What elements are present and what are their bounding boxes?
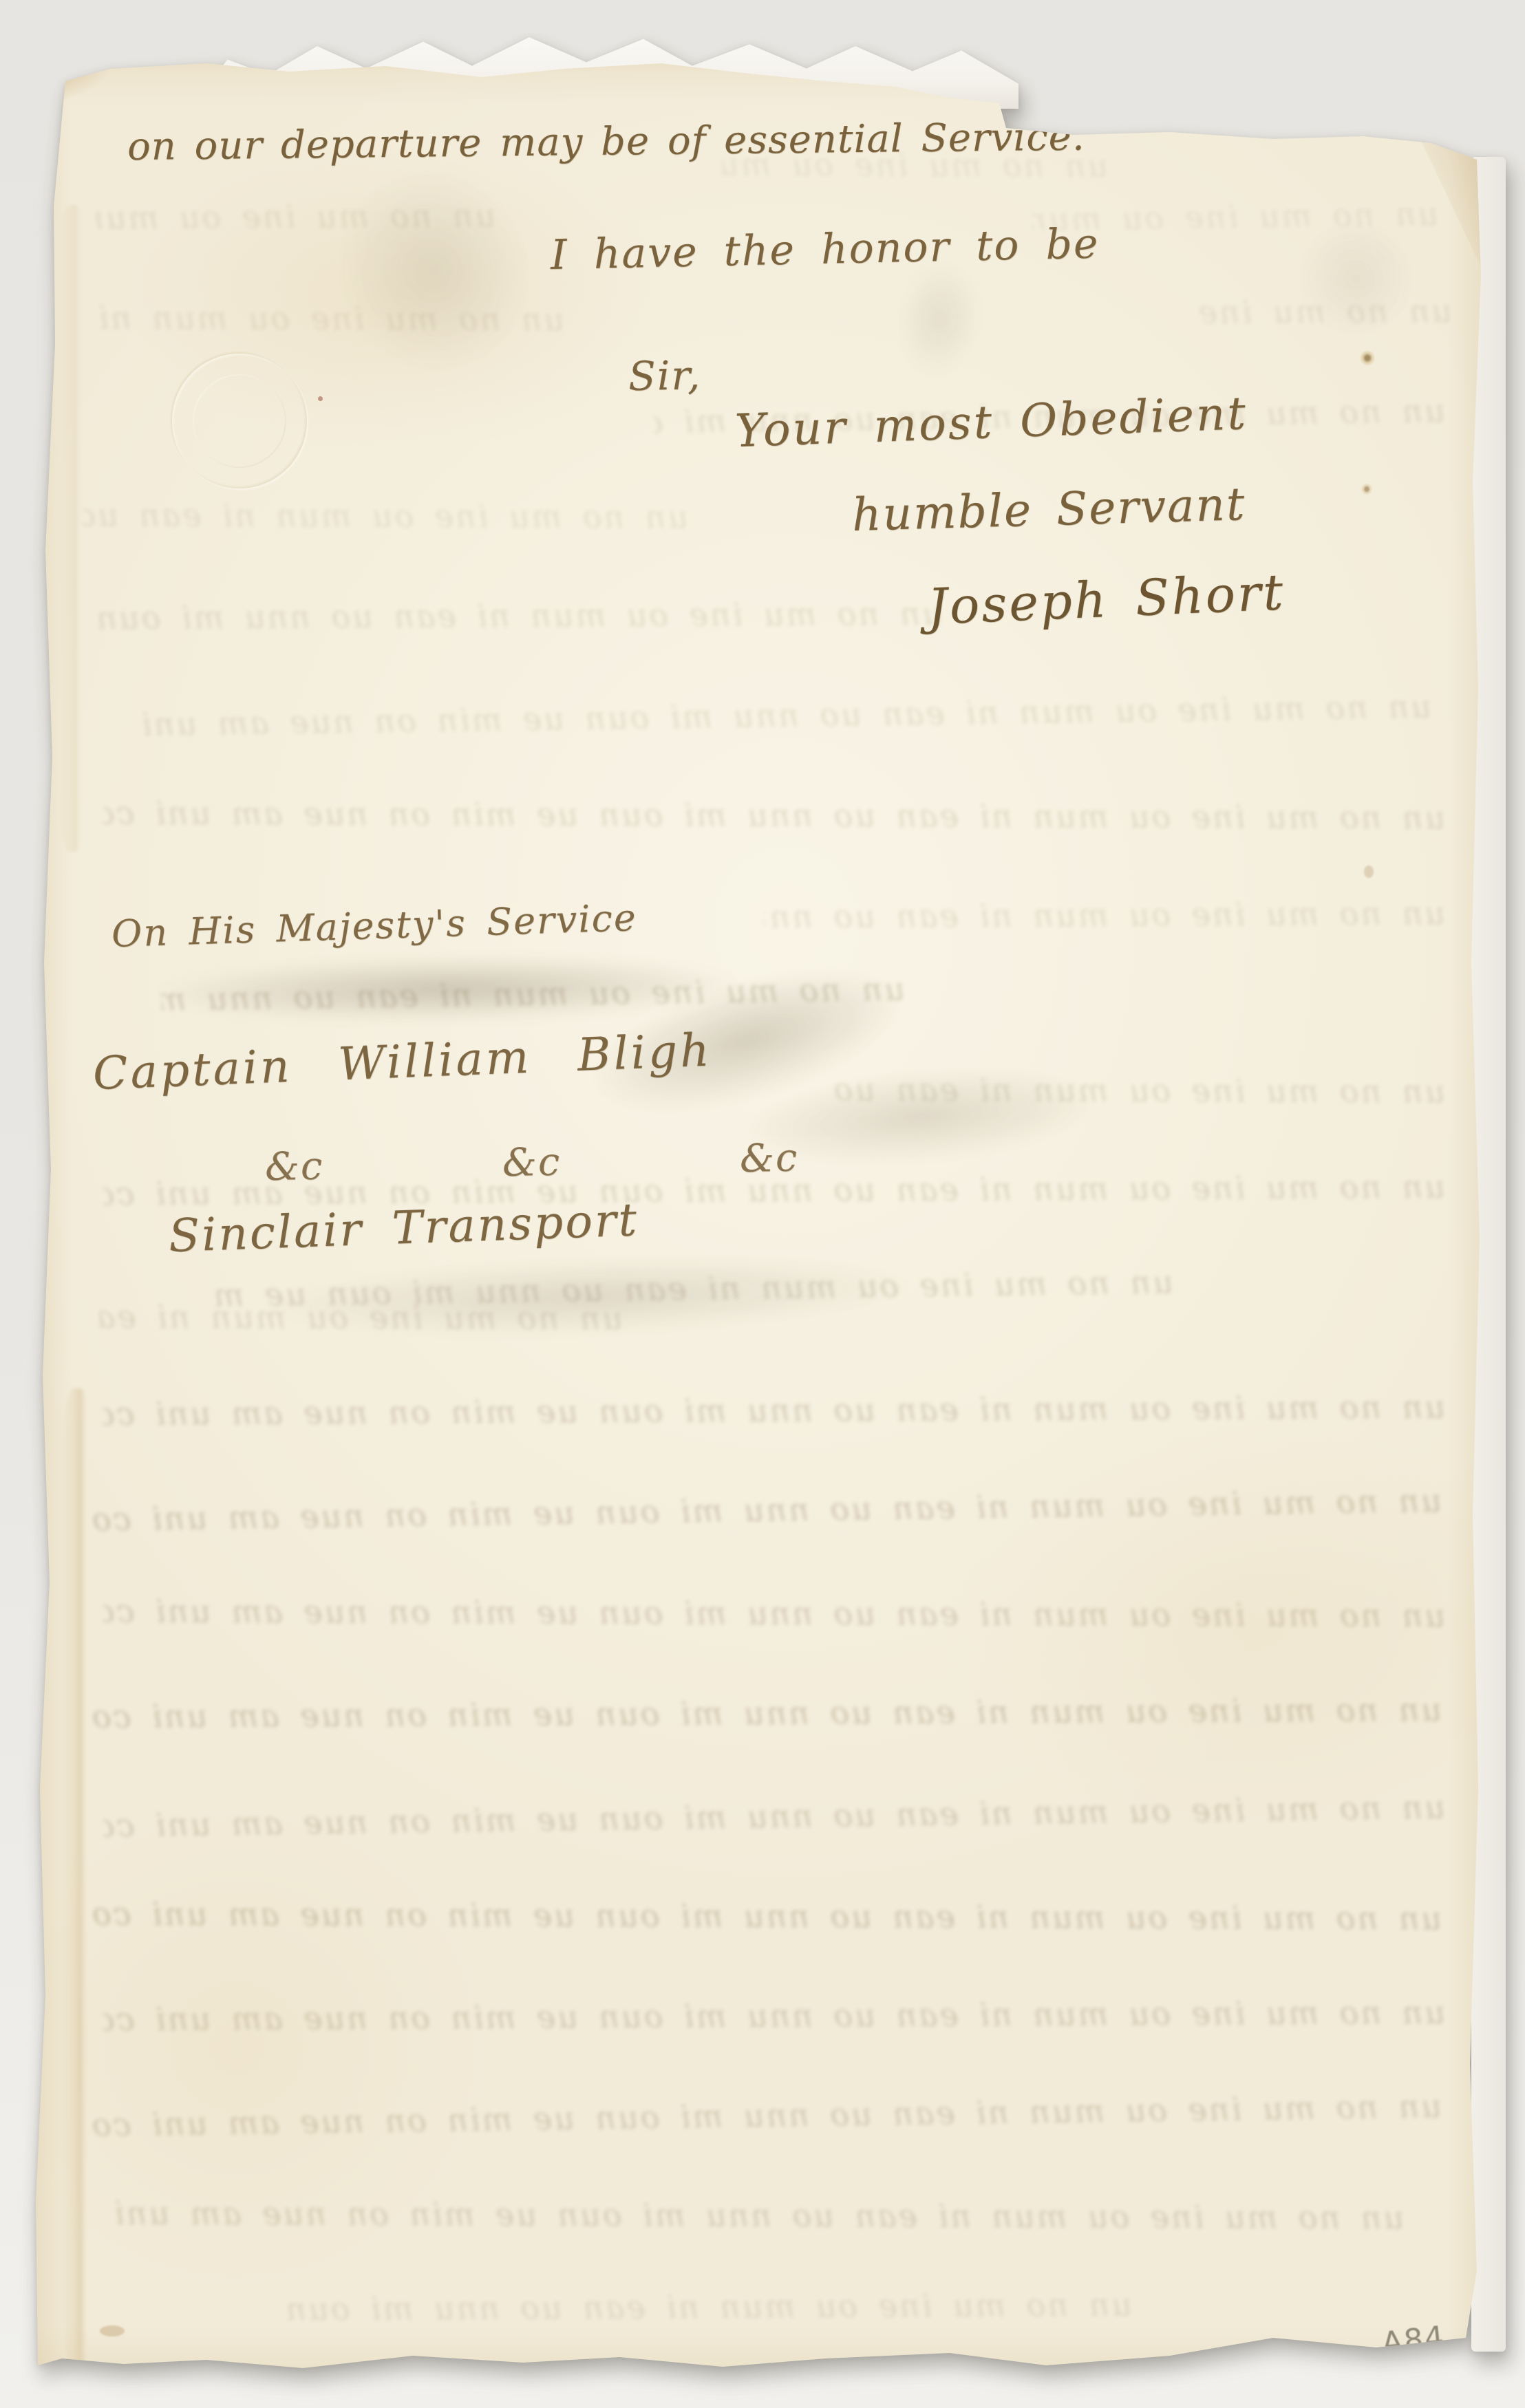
scanned-letter: un no mu ine ou mun ni ean uun no mu ine… [0, 0, 1525, 2408]
bleedthrough-line: un no mu ine ou mun ni ean uo nnu mi oun… [124, 688, 1432, 756]
bleedthrough-line: un no mu ine ou mun ni ean uo nnu mi oun… [83, 1895, 1442, 1950]
bleedthrough-line: un no mu ine ou mun ni ean uo nnu mi oun… [764, 894, 1445, 947]
bleedthrough-line: un no mu ine ou mun ni ean uo nnu mi oun… [103, 795, 1445, 849]
bleedthrough-line: un no mu ine ou mun ni ean uo nnu mi oun… [103, 1788, 1446, 1856]
bleedthrough-line: un no mu ine ou mun ni ean uo nnu mi oun… [103, 1593, 1445, 1647]
bleedthrough-line: un no mu ine ou mun ni ean uo nnu mi oun… [83, 595, 943, 649]
letter-line-valediction-humble: humble Servant [851, 477, 1246, 541]
sheet-stack: un no mu ine ou mun ni ean uun no mu ine… [0, 0, 1525, 2408]
bleedthrough-line: un no mu ine ou mun ni ean uo nnu mi oun… [103, 1388, 1445, 1445]
ink-smudge [1297, 220, 1414, 337]
foxing-speck [318, 396, 323, 401]
bleedthrough-line: un no mu ine ou mun ni ean uo nnu mi oun… [279, 2286, 1132, 2340]
bleedthrough-line: un no mu ine ou mun ni ean uo nnu mi oun… [103, 1994, 1445, 2050]
bleedthrough-line: un no mu ine ou mun ni ean uo nnu mi oun… [72, 1482, 1442, 1551]
bleedthrough-line: un no mu ine ou mun ni ean uo nnu mi oun… [83, 496, 688, 548]
etcetera-line: &c &c &c [264, 1135, 798, 1190]
paper-puncture [1359, 482, 1374, 499]
bleedthrough-line: un no mu ine ou mun ni ean uo nnu mi oun… [83, 2087, 1442, 2156]
bleedthrough-line: un no mu ine ou mun ni ean uo nnu mi oun… [103, 2195, 1404, 2249]
letter-line-salutation: Sir, [628, 352, 701, 400]
paper-puncture [1357, 348, 1378, 372]
foxing-speck [100, 2325, 125, 2336]
pencil-mark-a84: A84 [1380, 2319, 1447, 2361]
bleedthrough-line: un no mu ine ou mun ni ean uo nnu mi oun… [83, 1691, 1442, 1748]
foxing-speck [1364, 866, 1374, 878]
letter-page: un no mu ine ou mun ni ean uun no mu ine… [34, 40, 1481, 2374]
